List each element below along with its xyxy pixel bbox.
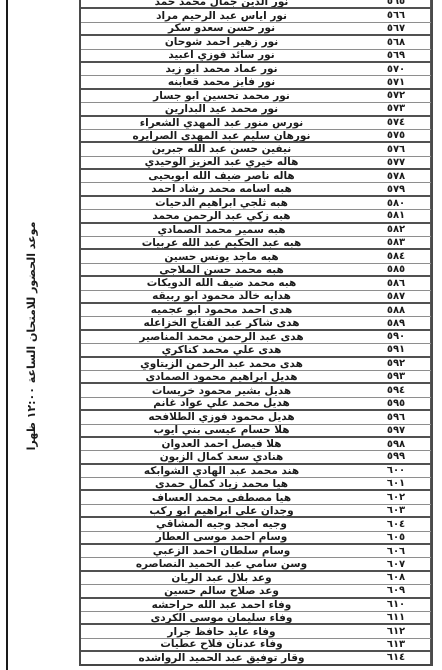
serial-number: ٥٦٥	[362, 0, 431, 7]
student-name: نور حسن سعدو سكر	[81, 23, 362, 34]
student-name: نور محمد تحسين ابو جسار	[81, 90, 362, 102]
left-margin-rule	[6, 0, 8, 670]
serial-number: ٥٨١	[362, 210, 431, 221]
student-name: وقار توفيق عبد الحميد الرواشده	[81, 652, 362, 663]
table-row: وفاء احمد عبد الله حراحشه٦١٠	[81, 599, 431, 612]
serial-number: ٥٦٧	[362, 23, 431, 34]
serial-number: ٥٩٩	[362, 451, 431, 462]
student-name: نور اياس عبد الرحيم مراد	[81, 9, 362, 21]
table-row: وقار توفيق عبد الحميد الرواشده٦١٤	[81, 652, 431, 665]
table-row: هدايه خالد محمود ابو ربيقه٥٨٧	[81, 291, 431, 304]
student-name: وجيه امجد وجيه المشاقي	[81, 518, 362, 530]
student-name: نور عماد محمد ابو زيد	[81, 63, 362, 75]
table-row: وفاء سليمان موسى الكردي٦١١	[81, 612, 431, 625]
student-name: هديل محمود فوزي الطلافحه	[81, 411, 362, 423]
serial-number: ٥٨٦	[362, 277, 431, 289]
student-name: هدى عبد الرحمن محمد المناصير	[81, 331, 362, 343]
table-row: هنادي سعد كمال الزبون٥٩٩	[81, 451, 431, 464]
student-name: هنادي سعد كمال الزبون	[81, 451, 362, 462]
serial-number: ٥٦٦	[362, 9, 431, 21]
serial-number: ٦٠٤	[362, 518, 431, 530]
student-name: هديل محمد علي عواد غانم	[81, 398, 362, 409]
serial-number: ٥٩٦	[362, 411, 431, 423]
table-row: نور فايز محمد قعابنه٥٧١	[81, 76, 431, 89]
serial-number: ٥٩٥	[362, 398, 431, 409]
student-name: وفاء سليمان موسى الكردي	[81, 612, 362, 623]
scanned-exam-roster-page: موعد الحضور للامتحان الساعة ١٢:٠٠ ظهرا ن…	[0, 0, 442, 670]
table-row: هبه زكي عبد الرحمن محمد٥٨١	[81, 210, 431, 223]
student-name: هلا فيصل احمد العدوان	[81, 438, 362, 450]
serial-number: ٥٦٨	[362, 36, 431, 48]
table-row: هبه ماجد يونس حسين٥٨٤	[81, 250, 431, 263]
table-row: هدى شاكر عبد الفتاح الخزاعله٥٨٩	[81, 317, 431, 330]
student-name: هدى احمد محمود ابو عجميه	[81, 304, 362, 316]
roster-table: نور الدين جمال محمد حمد٥٦٥نور اياس عبد ا…	[79, 0, 433, 666]
serial-number: ٥٧٢	[362, 90, 431, 102]
student-name: هدى محمد عبد الرحمن الزيتاوي	[81, 358, 362, 370]
table-row: نور الدين جمال محمد حمد٥٦٥	[81, 0, 431, 9]
student-name: نور زهير احمد شوحان	[81, 36, 362, 48]
student-name: هلا حسام عيسى بني ايوب	[81, 425, 362, 436]
table-row: نور محمد عيد البدارين٥٧٣	[81, 103, 431, 116]
serial-number: ٦١٢	[362, 625, 431, 637]
serial-number: ٥٧٧	[362, 157, 431, 168]
table-row: وسام احمد موسى العطار٦٠٥	[81, 532, 431, 545]
table-row: وجدان علي ابراهيم ابو ركب٦٠٣	[81, 505, 431, 518]
serial-number: ٥٨٢	[362, 224, 431, 236]
serial-number: ٥٨٧	[362, 291, 431, 302]
student-name: هديل بشير محمود خريسات	[81, 384, 362, 396]
student-name: نورهان سليم عبد المهدي الصرايره	[81, 130, 362, 141]
student-name: وسام سلطان احمد الزعبي	[81, 545, 362, 557]
serial-number: ٦٠٣	[362, 505, 431, 516]
student-name: وسام احمد موسى العطار	[81, 532, 362, 543]
serial-number: ٦١٠	[362, 599, 431, 611]
table-row: نور محمد تحسين ابو جسار٥٧٢	[81, 90, 431, 103]
table-row: وسن سامي عبد الحميد النصاصره٦٠٧	[81, 558, 431, 571]
table-row: هيا مصطفى محمد العساف٦٠٢	[81, 491, 431, 504]
serial-number: ٥٩١	[362, 344, 431, 355]
table-row: وفاء عدنان فلاح عطيات٦١٣	[81, 639, 431, 652]
serial-number: ٥٧٨	[362, 170, 431, 182]
table-row: نور اياس عبد الرحيم مراد٥٦٦	[81, 9, 431, 22]
student-name: وعد صلاح سالم حسين	[81, 585, 362, 596]
serial-number: ٥٧٦	[362, 143, 431, 155]
serial-number: ٥٧٠	[362, 63, 431, 75]
student-name: هيا محمد زياد كمال حمدي	[81, 478, 362, 489]
student-name: هبه ماجد يونس حسين	[81, 250, 362, 262]
table-row: هديل بشير محمود خريسات٥٩٤	[81, 384, 431, 397]
table-row: هاله خيري عبد العزيز الوحيدي٥٧٧	[81, 157, 431, 170]
table-row: هديل محمد علي عواد غانم٥٩٥	[81, 398, 431, 411]
student-name: نور الدين جمال محمد حمد	[81, 0, 362, 7]
serial-number: ٥٧٥	[362, 130, 431, 141]
serial-number: ٦٠٧	[362, 558, 431, 569]
table-row: هدى محمد عبد الرحمن الزيتاوي٥٩٢	[81, 358, 431, 371]
serial-number: ٥٨٨	[362, 304, 431, 316]
table-row: هدى احمد محمود ابو عجميه٥٨٨	[81, 304, 431, 317]
serial-number: ٦٠٠	[362, 465, 431, 477]
student-name: هبه ثلجي ابراهيم الدحيات	[81, 197, 362, 209]
table-row: هلا فيصل احمد العدوان٥٩٨	[81, 438, 431, 451]
serial-number: ٥٩٠	[362, 331, 431, 343]
student-name: هبه اسامه محمد رشاد احمد	[81, 183, 362, 194]
table-row: هبه اسامه محمد رشاد احمد٥٧٩	[81, 183, 431, 196]
student-name: وفاء عايد حافظ جرار	[81, 625, 362, 637]
serial-number: ٦٠١	[362, 478, 431, 489]
student-name: وسن سامي عبد الحميد النصاصره	[81, 558, 362, 569]
student-name: نور محمد عيد البدارين	[81, 103, 362, 114]
student-name: هديل ابراهيم محمود الصمادي	[81, 371, 362, 382]
table-row: نور عماد محمد ابو زيد٥٧٠	[81, 63, 431, 76]
table-row: وعد صلاح سالم حسين٦٠٩	[81, 585, 431, 598]
student-name: هبه عبد الحكيم عبد الله عربيات	[81, 237, 362, 248]
student-name: هدى علي محمد كناكري	[81, 344, 362, 355]
table-row: هديل ابراهيم محمود الصمادي٥٩٣	[81, 371, 431, 384]
table-row: هبه عبد الحكيم عبد الله عربيات٥٨٣	[81, 237, 431, 250]
student-name: نور فايز محمد قعابنه	[81, 76, 362, 87]
table-row: هبه سمير محمد الصمادي٥٨٢	[81, 224, 431, 237]
serial-number: ٦٠٨	[362, 572, 431, 584]
table-row: نور حسن سعدو سكر٥٦٧	[81, 23, 431, 36]
table-row: هلا حسام عيسى بني ايوب٥٩٧	[81, 425, 431, 438]
table-row: نورس منور عبد المهدي الشعراء٥٧٤	[81, 117, 431, 130]
serial-number: ٥٩٢	[362, 358, 431, 370]
serial-number: ٥٦٩	[362, 50, 431, 61]
serial-number: ٦٠٦	[362, 545, 431, 557]
student-name: هبه محمد ضيف الله الدويكات	[81, 277, 362, 289]
serial-number: ٥٧٩	[362, 183, 431, 194]
student-name: هيا مصطفى محمد العساف	[81, 491, 362, 503]
serial-number: ٦١٣	[362, 639, 431, 650]
table-row: نيفين حسن عبد الله جبرين٥٧٦	[81, 143, 431, 156]
student-name: هاله خيري عبد العزيز الوحيدي	[81, 157, 362, 168]
table-row: هبه محمد حسن الملاجي٥٨٥	[81, 264, 431, 277]
serial-number: ٥٨٥	[362, 264, 431, 275]
table-row: هند محمد عبد الهادي الشوابكه٦٠٠	[81, 465, 431, 478]
serial-number: ٥٧١	[362, 76, 431, 87]
serial-number: ٥٩٨	[362, 438, 431, 450]
student-name: هدى شاكر عبد الفتاح الخزاعله	[81, 317, 362, 328]
table-row: وجيه امجد وجيه المشاقي٦٠٤	[81, 518, 431, 531]
serial-number: ٥٨٩	[362, 317, 431, 328]
student-name: وجدان علي ابراهيم ابو ركب	[81, 505, 362, 516]
serial-number: ٦٠٩	[362, 585, 431, 596]
table-row: نورهان سليم عبد المهدي الصرايره٥٧٥	[81, 130, 431, 143]
serial-number: ٥٩٧	[362, 425, 431, 436]
student-name: نيفين حسن عبد الله جبرين	[81, 143, 362, 155]
table-row: هبه ثلجي ابراهيم الدحيات٥٨٠	[81, 197, 431, 210]
serial-number: ٥٩٣	[362, 371, 431, 382]
student-name: هاله ناصر ضيف الله ابويحيى	[81, 170, 362, 182]
table-row: نور زهير احمد شوحان٥٦٨	[81, 36, 431, 49]
table-row: هديل محمود فوزي الطلافحه٥٩٦	[81, 411, 431, 424]
serial-number: ٦٠٥	[362, 532, 431, 543]
serial-number: ٦١٤	[362, 652, 431, 663]
serial-number: ٦١١	[362, 612, 431, 623]
student-name: هدايه خالد محمود ابو ربيقه	[81, 291, 362, 302]
student-name: هند محمد عبد الهادي الشوابكه	[81, 465, 362, 477]
student-name: هبه سمير محمد الصمادي	[81, 224, 362, 236]
serial-number: ٦٠٢	[362, 491, 431, 503]
serial-number: ٥٨٣	[362, 237, 431, 248]
table-row: هيا محمد زياد كمال حمدي٦٠١	[81, 478, 431, 491]
student-name: وفاء احمد عبد الله حراحشه	[81, 599, 362, 611]
serial-number: ٥٨٠	[362, 197, 431, 209]
serial-number: ٥٩٤	[362, 384, 431, 396]
table-row: وفاء عايد حافظ جرار٦١٢	[81, 625, 431, 638]
student-name: هبه محمد حسن الملاجي	[81, 264, 362, 275]
student-name: نور سائد فوزي اعبيد	[81, 50, 362, 61]
serial-number: ٥٨٤	[362, 250, 431, 262]
table-row: هاله ناصر ضيف الله ابويحيى٥٧٨	[81, 170, 431, 183]
table-row: هدى علي محمد كناكري٥٩١	[81, 344, 431, 357]
table-row: هدى عبد الرحمن محمد المناصير٥٩٠	[81, 331, 431, 344]
serial-number: ٥٧٣	[362, 103, 431, 114]
table-row: هبه محمد ضيف الله الدويكات٥٨٦	[81, 277, 431, 290]
table-row: وعد بلال عبد الريان٦٠٨	[81, 572, 431, 585]
student-name: وعد بلال عبد الريان	[81, 572, 362, 584]
serial-number: ٥٧٤	[362, 117, 431, 129]
table-row: وسام سلطان احمد الزعبي٦٠٦	[81, 545, 431, 558]
student-name: هبه زكي عبد الرحمن محمد	[81, 210, 362, 221]
table-row: نور سائد فوزي اعبيد٥٦٩	[81, 50, 431, 63]
student-name: وفاء عدنان فلاح عطيات	[81, 639, 362, 650]
exam-attendance-time-note: موعد الحضور للامتحان الساعة ١٢:٠٠ ظهرا	[23, 136, 41, 536]
student-name: نورس منور عبد المهدي الشعراء	[81, 117, 362, 129]
